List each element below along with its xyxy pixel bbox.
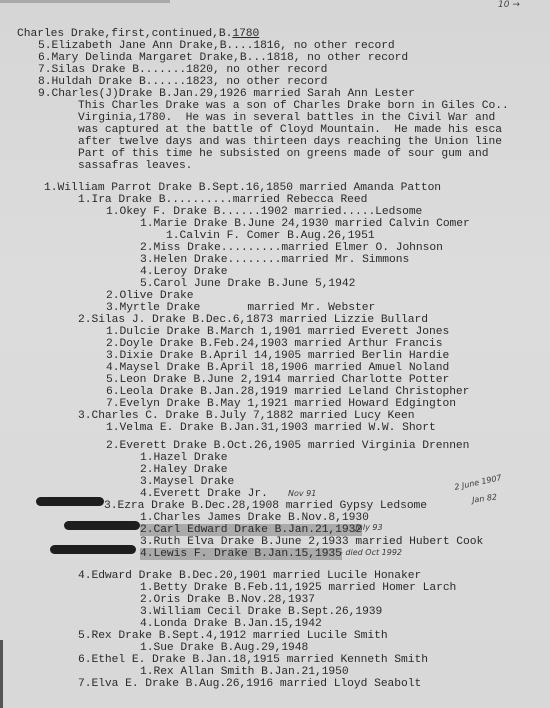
record-line: 7.Silas Drake B.......1820, no other rec… bbox=[38, 64, 327, 76]
record-line: 1.Rex Allan Smith B.Jan.21,1950 bbox=[140, 666, 349, 678]
page-number: 10 → bbox=[498, 0, 520, 10]
record-line: 1.William Parrot Drake B.Sept.16,1850 ma… bbox=[44, 182, 441, 194]
handwritten-note-gypsy-1: 2 June 1907 bbox=[454, 473, 503, 492]
record-line: 6.Mary Delinda Margaret Drake,B...1818, … bbox=[38, 52, 408, 64]
record-line: sassafras leaves. bbox=[78, 160, 192, 172]
record-line: 4.Everett Drake Jr. bbox=[140, 488, 268, 500]
record-line: 7.Elva E. Drake B.Aug.26,1916 married Ll… bbox=[78, 678, 421, 690]
record-line: 4.Lewis F. Drake B.Jan.15,1935 bbox=[140, 548, 342, 560]
record-line: 2.Oris Drake B.Nov.28,1937 bbox=[140, 594, 315, 606]
record-line: This Charles Drake was a son of Charles … bbox=[78, 100, 509, 112]
record-line: 3.Charles C. Drake B.July 7,1882 married… bbox=[78, 410, 414, 422]
record-line: 1.Velma E. Drake B.Jan.31,1903 married W… bbox=[106, 422, 436, 434]
record-line: 3.Helen Drake........married Mr. Simmons bbox=[140, 254, 409, 266]
record-line: 3.Dixie Drake B.April 14,1905 married Be… bbox=[106, 350, 449, 362]
record-line: 1.Sue Drake B.Aug.29,1948 bbox=[140, 642, 308, 654]
record-line: 6.Ethel E. Drake B.Jan.18,1915 married K… bbox=[78, 654, 428, 666]
handwritten-note-carl: - July 93 bbox=[350, 523, 383, 532]
record-line: 1.Calvin F. Comer B.Aug.26,1951 bbox=[166, 230, 375, 242]
record-line: 1.Hazel Drake bbox=[140, 452, 227, 464]
record-line: 3.Maysel Drake bbox=[140, 476, 234, 488]
record-line: 3.Myrtle Drake married Mr. Webster bbox=[106, 302, 375, 314]
record-line: 5.Carol June Drake B.June 5,1942 bbox=[140, 278, 355, 290]
record-line: 1.Ira Drake B..........married Rebecca R… bbox=[78, 194, 367, 206]
record-line: 6.Leola Drake B.Jan.28,1919 married Lela… bbox=[106, 386, 469, 398]
record-line: 4.Leroy Drake bbox=[140, 266, 227, 278]
record-line: Virginia,1780. He was in several battles… bbox=[78, 112, 495, 124]
record-line: 2.Miss Drake.........married Elmer O. Jo… bbox=[140, 242, 443, 254]
record-line: 1.Marie Drake B.June 24,1930 married Cal… bbox=[140, 218, 470, 230]
record-line: 2.Carl Edward Drake B.Jan.21,1932 bbox=[140, 524, 362, 536]
handwritten-note-ezra: Nov 91 bbox=[288, 489, 316, 498]
scan-edge-top bbox=[0, 0, 170, 3]
record-line: 2.Everett Drake B.Oct.26,1905 married Vi… bbox=[106, 440, 469, 452]
record-line: 5.Elizabeth Jane Ann Drake,B....1816, no… bbox=[38, 40, 395, 52]
record-line: 4.Edward Drake B.Dec.20,1901 married Luc… bbox=[78, 570, 421, 582]
record-line: 2.Silas J. Drake B.Dec.6,1873 married Li… bbox=[78, 314, 428, 326]
redaction-mark bbox=[36, 497, 104, 506]
record-line: 2.Olive Drake bbox=[106, 290, 193, 302]
record-line: 4.Londa Drake B.Jan.15,1942 bbox=[140, 618, 322, 630]
record-line: Part of this time he subsisted on greens… bbox=[78, 148, 488, 160]
handwritten-note-lewis: - died Oct 1992 bbox=[340, 548, 402, 557]
record-line: 3.William Cecil Drake B.Sept.26,1939 bbox=[140, 606, 382, 618]
redaction-mark bbox=[64, 521, 140, 530]
record-line: 8.Huldah Drake B......1823, no other rec… bbox=[38, 76, 327, 88]
record-line: 2.Haley Drake bbox=[140, 464, 227, 476]
record-line: 1.Charles James Drake B.Nov.8,1930 bbox=[140, 512, 369, 524]
record-line: 5.Rex Drake B.Sept.4,1912 married Lucile… bbox=[78, 630, 388, 642]
handwritten-note-gypsy-2: Jan 82 bbox=[471, 492, 497, 504]
scan-edge-left bbox=[0, 640, 3, 708]
document-page: 10 → Charles Drake,first,continued,B.178… bbox=[0, 0, 550, 708]
record-line: after twelve days and was thirteen days … bbox=[78, 136, 502, 148]
record-line: was captured at the battle of Cloyd Moun… bbox=[78, 124, 502, 136]
record-line: 3.Ruth Elva Drake B.June 2,1933 married … bbox=[140, 536, 483, 548]
record-line: 1.Betty Drake B.Feb.11,1925 married Home… bbox=[140, 582, 456, 594]
record-line: 1.Okey F. Drake B......1902 married.....… bbox=[106, 206, 422, 218]
record-line: 2.Doyle Drake B.Feb.24,1903 married Arth… bbox=[106, 338, 442, 350]
record-line: 9.Charles(J)Drake B.Jan.29,1926 married … bbox=[38, 88, 415, 100]
record-line: 3.Ezra Drake B.Dec.28,1908 married Gypsy… bbox=[104, 500, 427, 512]
record-line: 1.Dulcie Drake B.March 1,1901 married Ev… bbox=[106, 326, 449, 338]
section-heading: Charles Drake,first,continued,B.1780 bbox=[17, 28, 259, 40]
record-line: 4.Maysel Drake B.April 18,1906 married A… bbox=[106, 362, 449, 374]
redaction-mark bbox=[50, 545, 136, 554]
record-line: 5.Leon Drake B.June 2,1914 married Charl… bbox=[106, 374, 449, 386]
record-line: 7.Evelyn Drake B.May 1,1921 married Howa… bbox=[106, 398, 456, 410]
